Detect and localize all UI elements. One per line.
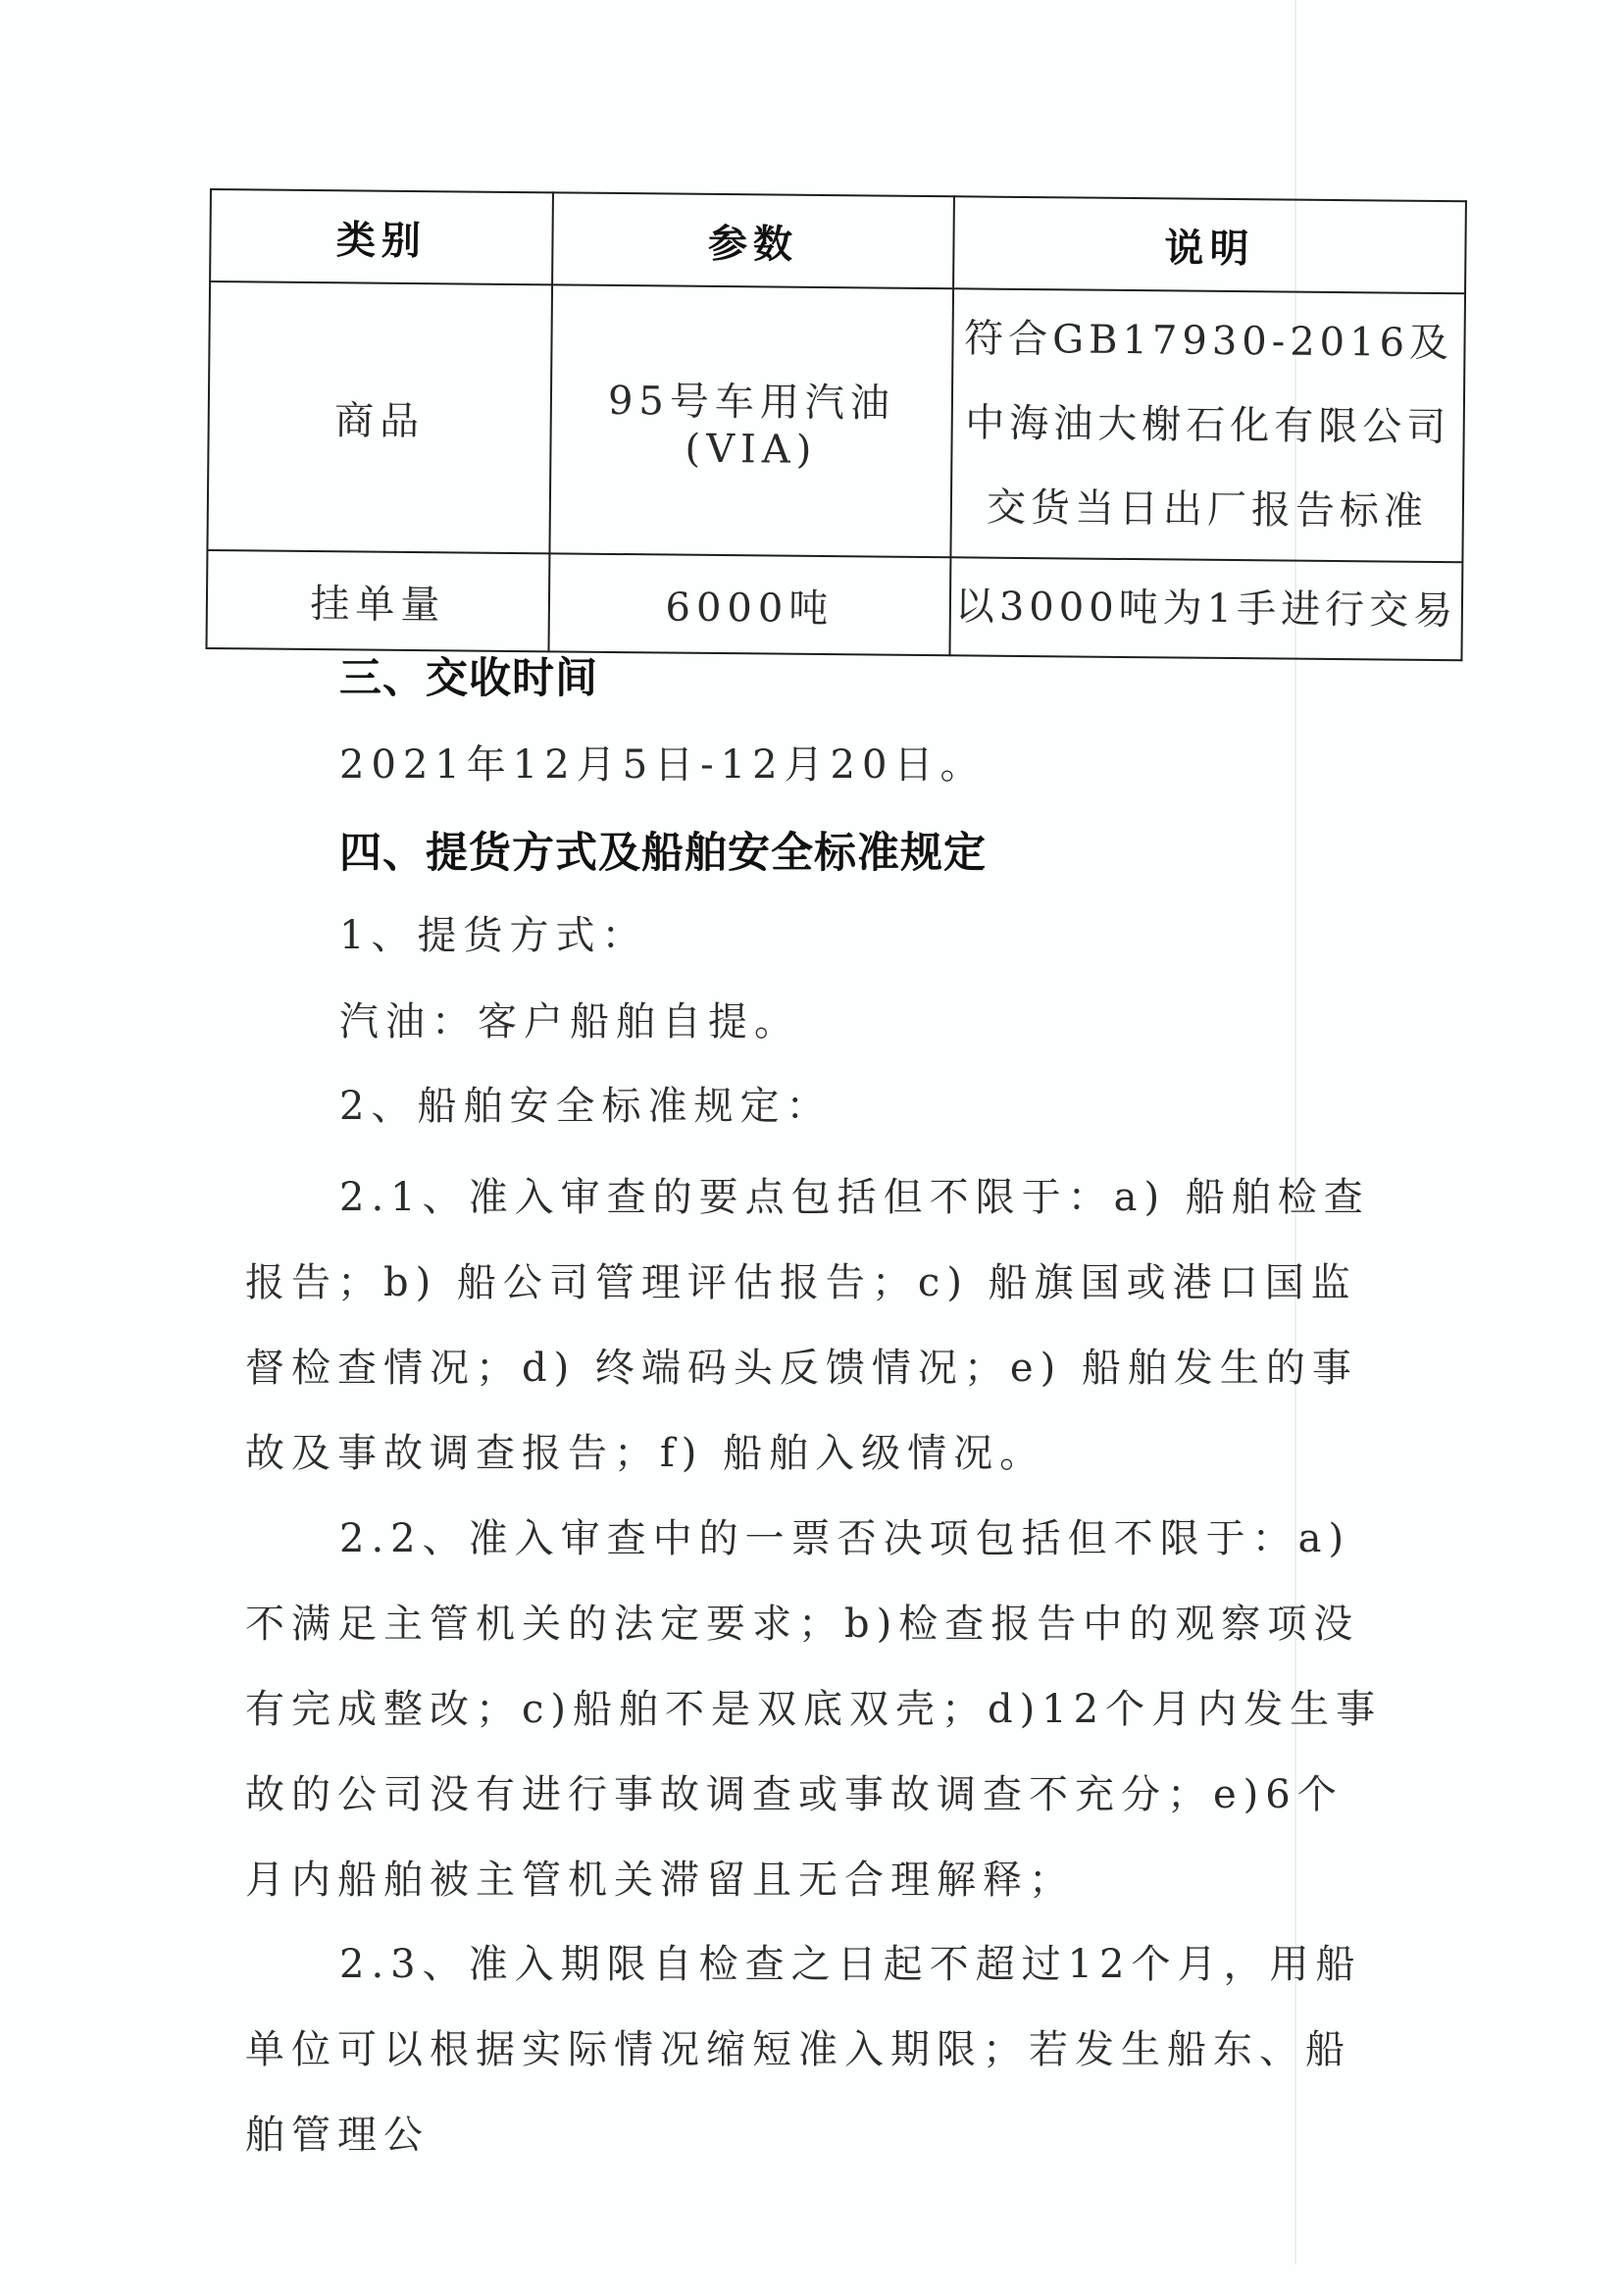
- header-description: 说明: [953, 196, 1466, 293]
- paragraph-2-3-text: 2.3、准入期限自检查之日起不超过12个月，用船单位可以根据实际情况缩短准入期限…: [245, 1942, 1362, 2158]
- paragraph-2-2-text: 2.2、准入审查中的一票否决项包括但不限于：a)不满足主管机关的法定要求；b)检…: [245, 1516, 1382, 1903]
- header-category: 类别: [210, 189, 553, 284]
- item-1-title: 1、提货方式：: [339, 904, 647, 960]
- description-line: 以3000吨为1手进行交易: [951, 564, 1462, 653]
- item-2-title: 2、船舶安全标准规定：: [339, 1075, 832, 1131]
- table-row: 挂单量 6000吨 以3000吨为1手进行交易: [206, 550, 1462, 660]
- cell-description: 以3000吨为1手进行交易: [950, 557, 1463, 660]
- paragraph-2-2: 2.2、准入审查中的一票否决项包括但不限于：a)不满足主管机关的法定要求；b)检…: [245, 1497, 1383, 1923]
- description-line: 交货当日出厂报告标准: [952, 465, 1463, 554]
- description-line: 符合GB17930-2016及: [953, 296, 1464, 385]
- delivery-date-range: 2021年12月5日-12月20日。: [339, 734, 986, 790]
- document-page: 类别 参数 说明 商品 95号车用汽油(VIA) 符合GB17930-2016及…: [0, 0, 1624, 2294]
- section-heading-pickup-safety: 四、提货方式及船舶安全标准规定: [339, 820, 987, 880]
- cell-parameter: 6000吨: [548, 553, 950, 655]
- cell-parameter: 95号车用汽油(VIA): [549, 284, 953, 557]
- item-1-text: 汽油：客户船舶自提。: [339, 991, 800, 1046]
- header-parameter: 参数: [552, 192, 954, 288]
- table-header-row: 类别 参数 说明: [210, 189, 1466, 293]
- paragraph-2-1: 2.1、准入审查的要点包括但不限于：a) 船舶检查报告；b) 船公司管理评估报告…: [245, 1155, 1383, 1497]
- section-heading-delivery-time: 三、交收时间: [339, 645, 598, 705]
- paragraph-2-1-text: 2.1、准入审查的要点包括但不限于：a) 船舶检查报告；b) 船公司管理评估报告…: [245, 1175, 1370, 1476]
- table-row: 商品 95号车用汽油(VIA) 符合GB17930-2016及 中海油大榭石化有…: [207, 281, 1465, 562]
- cell-category: 商品: [207, 281, 552, 553]
- paragraph-2-3: 2.3、准入期限自检查之日起不超过12个月，用船单位可以根据实际情况缩短准入期限…: [245, 1922, 1383, 2178]
- cell-category: 挂单量: [206, 550, 549, 651]
- description-line: 中海油大榭石化有限公司: [952, 381, 1463, 470]
- spec-table: 类别 参数 说明 商品 95号车用汽油(VIA) 符合GB17930-2016及…: [205, 188, 1466, 661]
- cell-description: 符合GB17930-2016及 中海油大榭石化有限公司 交货当日出厂报告标准: [950, 288, 1465, 562]
